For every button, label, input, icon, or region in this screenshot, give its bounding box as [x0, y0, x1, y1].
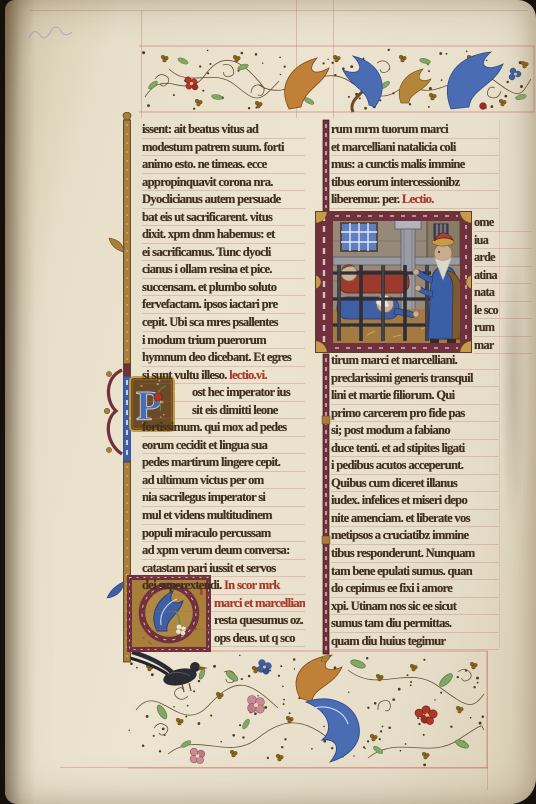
text-line: catastam pari iussit et servos: [142, 560, 305, 578]
text-line: quam diu huius tegimur: [331, 633, 499, 651]
finial-leaf: [321, 654, 329, 662]
text-line: tibus eorum intercessionibz: [331, 174, 499, 192]
text-line: populi miraculo percussam: [142, 525, 305, 543]
text-line: ome: [474, 214, 532, 232]
text-line: arde: [474, 249, 532, 267]
blue-acanthus-leaf: [343, 56, 382, 107]
text-line: dixit. xpm dnm habemus: et: [142, 226, 305, 244]
body-text: rum: [474, 320, 494, 334]
rubric-text: Lectio.: [402, 192, 434, 206]
text-line: ei sacrificamus. Tunc dyocli: [142, 244, 305, 262]
top-floral-border: [139, 45, 535, 113]
rubric-text: lectio.vi.: [229, 368, 267, 382]
text-line: duce tenti. et ad stipites ligati: [331, 440, 499, 458]
text-line: issent: ait beatus vitus ad: [142, 121, 305, 139]
text-line: nite amenciam. et liberate vos: [331, 510, 499, 528]
text-line: tibus responderunt. Nunquam: [331, 545, 499, 563]
text-line: liberemur. per. Lectio.: [331, 191, 499, 209]
text-line: animo esto. ne timeas. ecce: [142, 156, 305, 174]
text-line: dei superextendi. In scor mrk: [142, 577, 305, 595]
body-text: le sco: [474, 303, 498, 317]
body-text: rum mrm tuorum marci: [331, 122, 448, 136]
text-line: lini et martie filiorum. Qui: [331, 387, 499, 405]
text-line: appropinquavit corona nra.: [142, 174, 305, 192]
left-text-column: issent: ait beatus vitus admodestum patr…: [142, 121, 305, 647]
body-text: atina: [474, 268, 497, 282]
body-text: duce tenti. et ad stipites ligati: [331, 441, 465, 455]
body-text: animo esto. ne timeas. ecce: [142, 157, 266, 171]
text-line: sumus tam diu permittas.: [331, 615, 499, 633]
text-line: succensam. et plumbo soluto: [142, 279, 305, 297]
text-line: ops deus. ut q sco: [142, 630, 305, 648]
body-text: Dyoclicianus autem persuade: [142, 192, 281, 206]
body-text: dixit. xpm dnm habemus: et: [142, 227, 275, 241]
body-text: eorum cecidit et lingua sua: [142, 438, 267, 452]
body-text: si; post modum a fabiano: [331, 423, 450, 437]
bottom-floral-border: [128, 650, 488, 770]
body-text: tirum marci et marcelliani.: [331, 353, 457, 367]
text-line: modestum patrem suum. forti: [142, 139, 305, 157]
body-text: do cepimus ee fixi i amore: [331, 581, 452, 595]
text-line: si sunt vultu illeso. lectio.vi.: [142, 367, 305, 385]
text-line: i modum trium puerorum: [142, 332, 305, 350]
ruling-line: [30, 10, 528, 11]
text-line: sit eis dimitti leone: [142, 402, 305, 420]
body-text: liberemur. per.: [331, 192, 402, 206]
body-text: xpi. Utinam nos sic ee sicut: [331, 599, 456, 613]
text-line: metipsos a cruciatibz immine: [331, 527, 499, 545]
text-line: iudex. infelices et miseri depo: [331, 492, 499, 510]
text-line: si; post modum a fabiano: [331, 422, 499, 440]
body-text: pedes martirum lingere cepit.: [142, 455, 280, 469]
rubric-text: In scor mrk: [224, 578, 280, 592]
text-line: ad xpm verum deum conversa:: [142, 542, 305, 560]
text-line: hymnum deo dicebant. Et egres: [142, 349, 305, 367]
body-text: metipsos a cruciatibz immine: [331, 528, 468, 542]
body-text: tam bene epulati sumus. quan: [331, 564, 472, 578]
blue-leaf-sprout: [107, 582, 123, 598]
text-line: nata: [474, 284, 532, 302]
text-line: mul et videns multitudinem: [142, 507, 305, 525]
gold-acanthus-leaf: [399, 69, 431, 103]
body-text: sumus tam diu permittas.: [331, 616, 451, 630]
text-line: atina: [474, 267, 532, 285]
body-text: i modum trium puerorum: [142, 333, 266, 347]
body-text: nata: [474, 285, 494, 299]
right-text-beside-miniature: omeiuaardeatinanatale scorummar: [474, 214, 532, 354]
body-text: preclarissimi generis transquil: [331, 371, 473, 385]
body-text: succensam. et plumbo soluto: [142, 280, 276, 294]
text-line: Dyoclicianus autem persuade: [142, 191, 305, 209]
body-text: tibus responderunt. Nunquam: [331, 546, 475, 560]
text-line: cepit. Ubi sca mres psallentes: [142, 314, 305, 332]
text-line: xpi. Utinam nos sic ee sicut: [331, 598, 499, 616]
body-text: hymnum deo dicebant. Et egres: [142, 350, 291, 364]
text-line: mus: a cunctis malis immine: [331, 156, 499, 174]
body-text: catastam pari iussit et servos: [142, 561, 276, 575]
text-line: Quibus cum diceret illanus: [331, 475, 499, 493]
text-line: ost hec imperator ius: [142, 384, 305, 402]
shelfmark-inscription: [26, 20, 76, 46]
body-text: nite amenciam. et liberate vos: [331, 511, 470, 525]
text-line: do cepimus ee fixi i amore: [331, 580, 499, 598]
right-text-column-bottom: tirum marci et marcelliani.preclarissimi…: [331, 352, 499, 650]
body-text: ome: [474, 215, 494, 229]
ruling-line: [499, 120, 500, 648]
text-line: fortissimum. qui mox ad pedes: [142, 419, 305, 437]
body-text: populi miraculo percussam: [142, 526, 271, 540]
miniature-prison-scene: [315, 211, 472, 353]
body-text: sit eis dimitti leone: [192, 403, 278, 417]
body-text: dei superextendi.: [142, 578, 224, 592]
right-text-column-top: rum mrm tuorum marciet marcelliani natal…: [331, 121, 499, 209]
pink-flower: [190, 748, 205, 763]
body-text: et marcelliani natalicia coli: [331, 140, 456, 154]
text-line: et marcelliani natalicia coli: [331, 139, 499, 157]
text-line: i pedibus acutos acceperunt.: [331, 457, 499, 475]
body-text: primo carcerem pro fide pas: [331, 406, 465, 420]
body-text: ad xpm verum deum conversa:: [142, 543, 290, 557]
text-line: tam bene epulati sumus. quan: [331, 563, 499, 581]
body-text: Quibus cum diceret illanus: [331, 476, 457, 490]
text-line: eorum cecidit et lingua sua: [142, 437, 305, 455]
body-text: cepit. Ubi sca mres psallentes: [142, 315, 278, 329]
text-line: resta quesumus oz.: [142, 612, 305, 630]
body-text: lini et martie filiorum. Qui: [331, 388, 454, 402]
body-text: mul et videns multitudinem: [142, 508, 272, 522]
text-line: rum: [474, 319, 532, 337]
body-text: resta quesumus oz.: [214, 613, 303, 627]
rubric-text: marci et marcelliani: [214, 596, 305, 610]
body-text: ost hec imperator ius: [192, 385, 290, 399]
body-text: modestum patrem suum. forti: [142, 140, 284, 154]
gutter-shadow: [5, 0, 35, 804]
manuscript-photo: P: [0, 0, 536, 804]
pink-flower: [248, 696, 265, 714]
body-text: ad ultimum victus per om: [142, 473, 264, 487]
body-text: fervefactam. ipsos iactari pre: [142, 297, 277, 311]
body-text: ei sacrificamus. Tunc dyocli: [142, 245, 271, 259]
text-line: cianus i ollam resina et pice.: [142, 261, 305, 279]
body-text: mus: a cunctis malis immine: [331, 157, 465, 171]
red-flower: [185, 77, 198, 90]
body-text: iudex. infelices et miseri depo: [331, 493, 467, 507]
body-text: fortissimum. qui mox ad pedes: [142, 420, 286, 434]
body-text: bat eis ut sacrificarent. vitus: [142, 210, 272, 224]
text-line: primo carcerem pro fide pas: [331, 405, 499, 423]
text-line: tirum marci et marcelliani.: [331, 352, 499, 370]
text-line: fervefactam. ipsos iactari pre: [142, 296, 305, 314]
body-text: tibus eorum intercessionibz: [331, 175, 460, 189]
body-text: quam diu huius tegimur: [331, 634, 445, 648]
text-line: pedes martirum lingere cepit.: [142, 454, 305, 472]
barred-window: [341, 223, 377, 251]
body-text: iua: [474, 233, 488, 247]
text-line: nia sacrilegus imperator si: [142, 489, 305, 507]
text-line: iua: [474, 232, 532, 250]
margin-bracket: [108, 370, 122, 454]
body-text: ops deus. ut q sco: [214, 631, 295, 645]
body-text: issent: ait beatus vitus ad: [142, 122, 258, 136]
orange-acanthus-leaf: [296, 655, 342, 702]
body-text: i pedibus acutos acceperunt.: [331, 458, 463, 472]
body-text: appropinquavit corona nra.: [142, 175, 273, 189]
body-text: si sunt vultu illeso.: [142, 368, 229, 382]
body-text: arde: [474, 250, 495, 264]
red-berry: [480, 103, 487, 110]
blue-flower: [509, 68, 521, 80]
blue-flower: [258, 660, 272, 675]
text-line: rum mrm tuorum marci: [331, 121, 499, 139]
body-text: nia sacrilegus imperator si: [142, 490, 265, 504]
text-line: marci et marcelliani: [142, 595, 305, 613]
body-text: cianus i ollam resina et pice.: [142, 262, 272, 276]
text-line: preclarissimi generis transquil: [331, 370, 499, 388]
body-text: mar: [474, 338, 494, 352]
red-flower: [415, 706, 437, 725]
gold-leaf-sprout: [109, 238, 123, 252]
text-line: ad ultimum victus per om: [142, 472, 305, 490]
text-line: le sco: [474, 302, 532, 320]
text-line: bat eis ut sacrificarent. vitus: [142, 209, 305, 227]
